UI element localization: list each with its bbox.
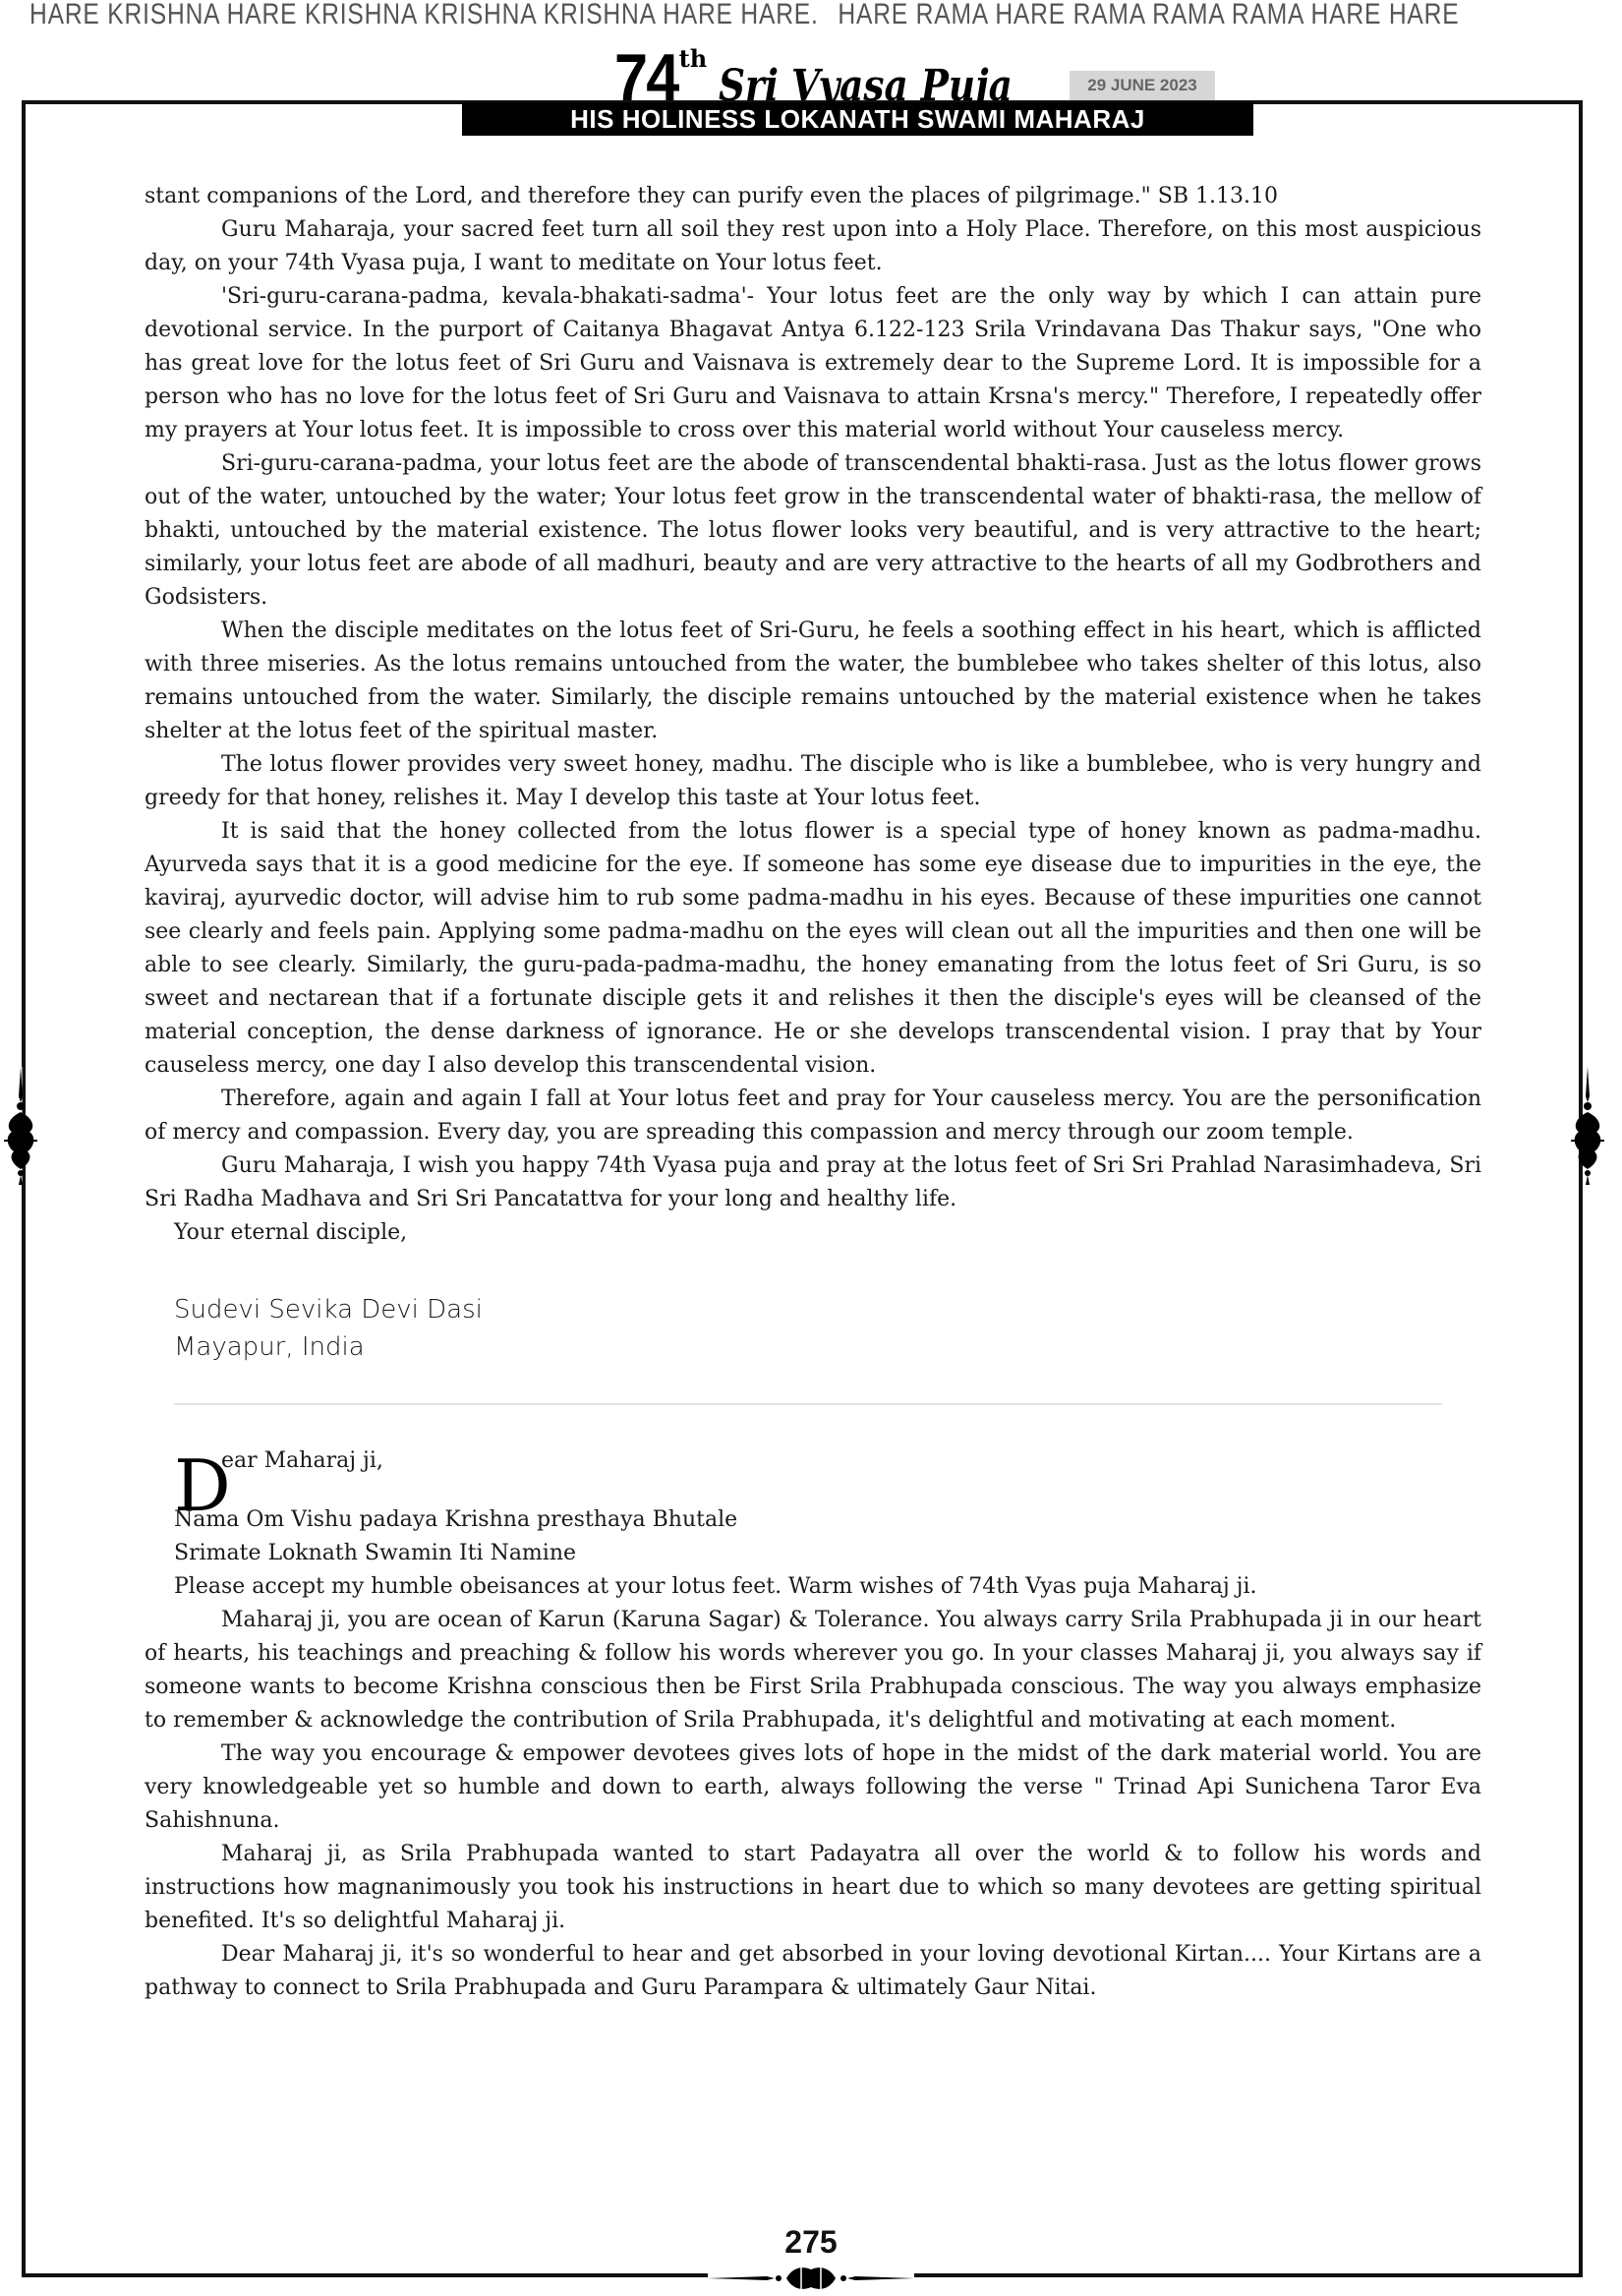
paragraph: Maharaj ji, as Srila Prabhupada wanted t… <box>145 1838 1481 1938</box>
flourish-divider-icon <box>708 2262 914 2295</box>
paragraph: When the disciple meditates on the lotus… <box>145 615 1481 748</box>
letter-divider <box>174 1403 1442 1405</box>
paragraph: The way you encourage & empower devotees… <box>145 1737 1481 1838</box>
paragraph: The lotus flower provides very sweet hon… <box>145 748 1481 815</box>
paragraph: 'Sri-guru-carana-padma, kevala-bhakati-s… <box>145 280 1481 447</box>
intro-line: Please accept my humble obeisances at yo… <box>174 1570 1481 1604</box>
paragraph: Therefore, again and again I fall at You… <box>145 1083 1481 1149</box>
mantra-left: HARE KRISHNA HARE KRISHNA KRISHNA KRISHN… <box>29 0 819 30</box>
banner-title: HIS HOLINESS LOKANATH SWAMI MAHARAJ <box>462 102 1253 136</box>
paragraph: stant companions of the Lord, and theref… <box>145 180 1481 213</box>
mantra-header: HARE KRISHNA HARE KRISHNA KRISHNA KRISHN… <box>29 0 1319 31</box>
paragraph: Maharaj ji, you are ocean of Karun (Karu… <box>145 1604 1481 1737</box>
mantra-right: HARE RAMA HARE RAMA RAMA RAMA HARE HARE <box>838 0 1459 30</box>
damask-ornament-icon <box>4 1067 37 1185</box>
page-content: stant companions of the Lord, and theref… <box>145 180 1481 2005</box>
damask-ornament-icon <box>1571 1067 1604 1185</box>
salutation-text: ear Maharaj ji, <box>221 1444 383 1478</box>
signature-place: Mayapur, India <box>174 1328 1481 1366</box>
page-number: 275 <box>0 2224 1622 2261</box>
paragraph: Guru Maharaja, your sacred feet turn all… <box>145 213 1481 280</box>
salutation: D ear Maharaj ji, <box>145 1444 1481 1503</box>
date-badge: 29 JUNE 2023 <box>1070 71 1215 100</box>
closing-line: Your eternal disciple, <box>174 1216 1481 1250</box>
signature-name: Sudevi Sevika Devi Dasi <box>174 1291 1481 1328</box>
paragraph: Dear Maharaj ji, it's so wonderful to he… <box>145 1938 1481 2005</box>
verse-line: Nama Om Vishu padaya Krishna presthaya B… <box>174 1503 1481 1537</box>
paragraph: Guru Maharaja, I wish you happy 74th Vya… <box>145 1149 1481 1216</box>
paragraph: It is said that the honey collected from… <box>145 815 1481 1083</box>
letter-two: D ear Maharaj ji, Nama Om Vishu padaya K… <box>145 1444 1481 2005</box>
verse-line: Srimate Loknath Swamin Iti Namine <box>174 1537 1481 1570</box>
title-suffix: th <box>679 44 708 73</box>
paragraph: Sri-guru-carana-padma, your lotus feet a… <box>145 447 1481 615</box>
